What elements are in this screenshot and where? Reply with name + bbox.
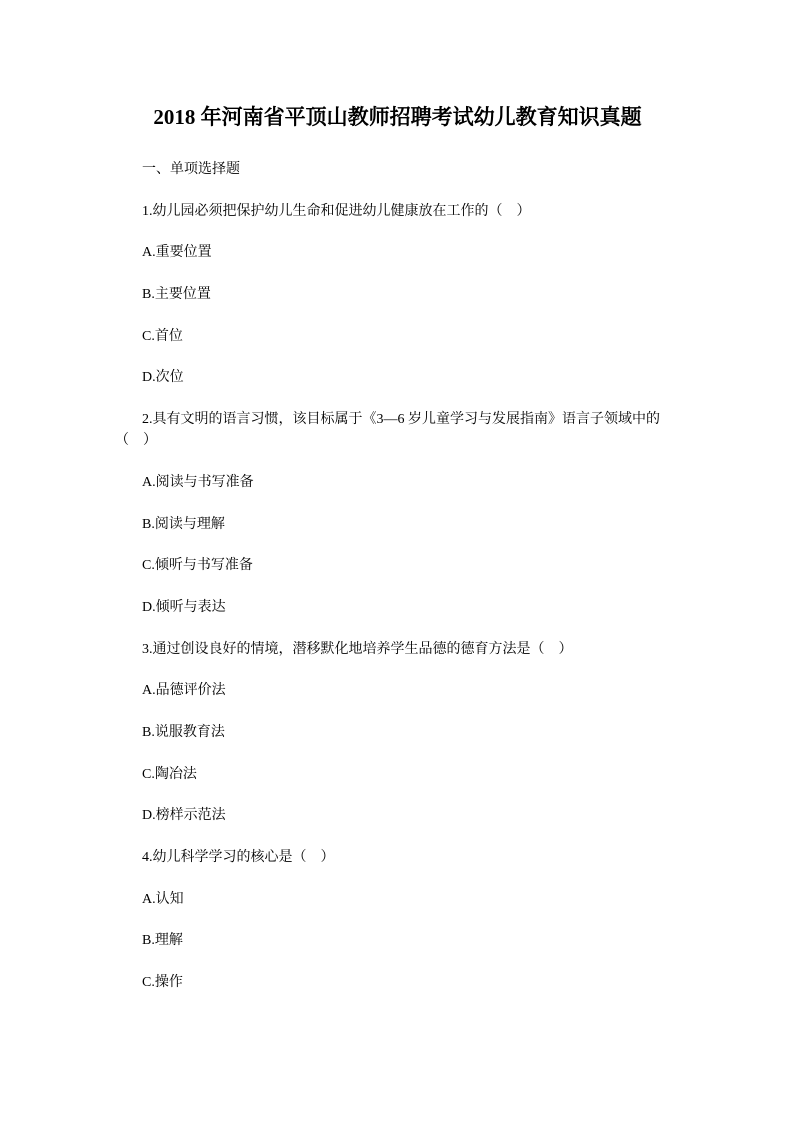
question-3-option-a: A.品德评价法 <box>115 680 680 701</box>
document-title: 2018 年河南省平顶山教师招聘考试幼儿教育知识真题 <box>115 102 680 132</box>
question-2-stem: 2.具有文明的语言习惯，该目标属于《3—6 岁儿童学习与发展指南》语言子领域中的… <box>115 409 680 451</box>
question-1-option-d: D.次位 <box>115 367 680 388</box>
document-page: 2018 年河南省平顶山教师招聘考试幼儿教育知识真题 一、单项选择题 1.幼儿园… <box>0 0 794 1123</box>
question-3-stem: 3.通过创设良好的情境，潜移默化地培养学生品德的德育方法是（ ） <box>115 639 680 660</box>
question-1-option-b: B.主要位置 <box>115 284 680 305</box>
question-2-option-a: A.阅读与书写准备 <box>115 472 680 493</box>
question-4-stem: 4.幼儿科学学习的核心是（ ） <box>115 847 680 868</box>
section-heading: 一、单项选择题 <box>115 159 680 180</box>
question-2-option-c: C.倾听与书写准备 <box>115 555 680 576</box>
question-2-stem-line-2: （ ） <box>115 433 157 448</box>
question-1-stem: 1.幼儿园必须把保护幼儿生命和促进幼儿健康放在工作的（ ） <box>115 201 680 222</box>
question-1-option-c: C.首位 <box>115 326 680 347</box>
question-4-option-a: A.认知 <box>115 889 680 910</box>
question-1-option-a: A.重要位置 <box>115 242 680 263</box>
question-4-option-b: B.理解 <box>115 930 680 951</box>
question-2-option-d: D.倾听与表达 <box>115 597 680 618</box>
question-3-option-d: D.榜样示范法 <box>115 805 680 826</box>
question-3-option-b: B.说服教育法 <box>115 722 680 743</box>
question-4-option-c: C.操作 <box>115 972 680 993</box>
question-2-stem-line-1: 2.具有文明的语言习惯，该目标属于《3—6 岁儿童学习与发展指南》语言子领域中的 <box>142 412 660 427</box>
question-2-option-b: B.阅读与理解 <box>115 514 680 535</box>
question-3-option-c: C.陶冶法 <box>115 764 680 785</box>
